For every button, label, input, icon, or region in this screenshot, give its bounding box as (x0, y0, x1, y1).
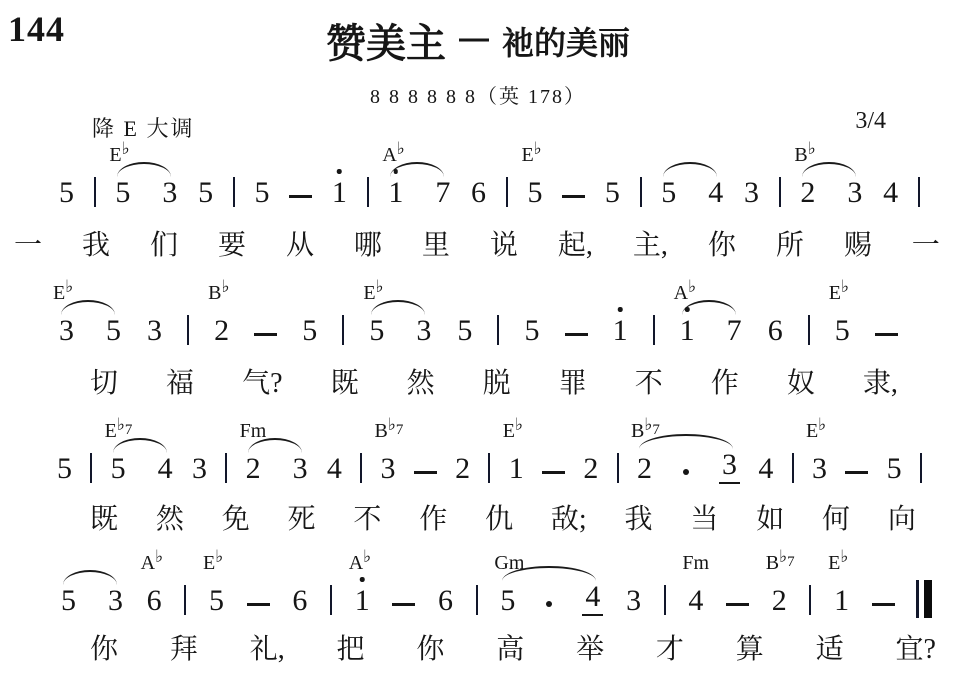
lyric-char: 从 (286, 228, 314, 263)
octave-dot (618, 307, 623, 312)
lyric-char: 何 (822, 502, 850, 537)
note: 3 (743, 178, 760, 208)
barline (779, 177, 781, 207)
lyric-char: 脱 (483, 366, 511, 401)
lyric-char: 所 (776, 228, 804, 263)
verse-number: 一 (14, 228, 42, 263)
chord-label: A♭ (349, 553, 371, 573)
final-thick-bar (924, 580, 932, 618)
lyric-char: 奴 (787, 366, 815, 401)
lyric-char: 罪 (559, 366, 587, 401)
chord-label: B♭ (794, 145, 815, 165)
barline (94, 177, 96, 207)
duration-dash (565, 333, 588, 336)
note: 1E♭ (833, 586, 850, 616)
lyric-char: 气? (242, 366, 282, 401)
note: 3 (719, 450, 740, 484)
slur-group: 53 (60, 586, 124, 616)
note: 5E♭ (526, 178, 543, 208)
lyric-char: 适 (816, 632, 844, 667)
note: 5 (197, 178, 214, 208)
note: 5 (523, 316, 540, 346)
note: 5 (456, 316, 473, 346)
augmentation-dot (546, 601, 552, 607)
note: 5 (660, 178, 677, 208)
slur-group: 2B♭3 (799, 178, 863, 208)
lyric-char: 隶, (863, 366, 898, 401)
barline (233, 177, 235, 207)
final-barline (916, 580, 932, 618)
chord-label: E♭ (203, 553, 223, 573)
note: 5E♭ (114, 178, 131, 208)
duration-dash (562, 195, 585, 198)
note: 1 (612, 316, 629, 346)
chord-label: E♭ (53, 283, 73, 303)
note: 5 (254, 178, 271, 208)
note: 5 (58, 178, 75, 208)
chord-label: E♭ (521, 145, 541, 165)
barline (920, 453, 922, 483)
lyric-char: 你 (708, 228, 736, 263)
barline (184, 585, 186, 615)
music-line-1: 55E♭35511A♭765E♭55432B♭34 (58, 138, 920, 208)
title-dash: — (459, 22, 489, 56)
lyrics-line-4: 你拜礼,把你高举才算适宜? (90, 632, 936, 667)
duration-dash (254, 333, 277, 336)
lyric-char: 里 (422, 228, 450, 263)
barline (225, 453, 227, 483)
slur-group: 5E♭74 (110, 454, 174, 484)
duration-dash (289, 195, 312, 198)
slur-group: 2Fm3 (245, 454, 309, 484)
barline (653, 315, 655, 345)
note: 2Fm (245, 454, 262, 484)
lyric-char: 既 (90, 502, 118, 537)
slur-group: 5E♭3 (114, 178, 178, 208)
lyric-char: 作 (419, 502, 447, 537)
duration-dash (875, 333, 898, 336)
lyric-char: 死 (288, 502, 316, 537)
lyrics-line-3: 既然免死不作仇敌;我当如何向 (90, 502, 916, 537)
barline (664, 585, 666, 615)
chord-label: E♭ (829, 283, 849, 303)
lyric-char: 福 (166, 366, 194, 401)
duration-dash (845, 471, 868, 474)
note: 3 (846, 178, 863, 208)
barline (367, 177, 369, 207)
note: 5 (105, 316, 122, 346)
note: 3B♭7 (380, 454, 397, 484)
page-title: 赞美主 — 祂的美丽 (0, 12, 956, 69)
lyric-char: 高 (496, 632, 524, 667)
barline (476, 585, 478, 615)
lyric-char: 仇 (485, 502, 513, 537)
lyric-char: 我 (82, 228, 110, 263)
note: 1A♭ (387, 178, 404, 208)
lyric-char: 不 (353, 502, 381, 537)
lyrics-line-1: 一我们要从哪里说起,主,你所赐一 (14, 228, 940, 263)
hymn-page: 144 赞美主 — 祂的美丽 8 8 8 8 8 8（英 178） 降 E 大调… (0, 0, 956, 696)
note: 5Gm (499, 586, 516, 616)
note: 2B♭7 (636, 454, 653, 484)
barline (330, 585, 332, 615)
chord-label: Fm (682, 553, 709, 573)
chord-label: E♭ (828, 553, 848, 573)
lyric-char: 赐 (844, 228, 872, 263)
note: 5E♭ (208, 586, 225, 616)
lyric-char: 敌; (551, 502, 587, 537)
note: 3 (292, 454, 309, 484)
note: 3E♭ (58, 316, 75, 346)
note: 4 (157, 454, 174, 484)
note: 2 (454, 454, 471, 484)
lyric-char: 然 (156, 502, 184, 537)
lyric-char: 既 (331, 366, 359, 401)
note: 6A♭ (146, 586, 163, 616)
note: 2B♭ (799, 178, 816, 208)
duration-dash (392, 603, 415, 606)
note: 5E♭7 (110, 454, 127, 484)
lyric-char: 宜? (895, 632, 935, 667)
note: 2B♭ (213, 316, 230, 346)
lyric-char: 然 (407, 366, 435, 401)
lyric-char: 如 (756, 502, 784, 537)
lyric-char: 把 (337, 632, 365, 667)
title-subtitle: 祂的美丽 (502, 18, 630, 64)
slur-group: 1A♭7 (387, 178, 451, 208)
augmentation-dot (683, 469, 689, 475)
barline (342, 315, 344, 345)
lyric-char: 举 (576, 632, 604, 667)
music-line-4: 536A♭5E♭61A♭65Gm434Fm2B♭71E♭ (60, 546, 932, 616)
note: 6 (470, 178, 487, 208)
chord-label: Fm (240, 421, 267, 441)
slur-group: 3E♭5 (58, 316, 122, 346)
barline (360, 453, 362, 483)
note: 1A♭ (679, 316, 696, 346)
note: 3 (191, 454, 208, 484)
chord-label: B♭7 (766, 553, 795, 573)
lyric-char: 你 (90, 632, 118, 667)
note: 4 (707, 178, 724, 208)
slur-group: 5E♭3 (368, 316, 432, 346)
barline (918, 177, 920, 207)
lyric-char: 不 (635, 366, 663, 401)
slur-group: 5Gm4 (499, 582, 603, 616)
note: 5 (60, 586, 77, 616)
note: 6 (767, 316, 784, 346)
note: 3 (625, 586, 642, 616)
lyric-char: 作 (711, 366, 739, 401)
chord-label: B♭7 (375, 421, 404, 441)
barline (808, 315, 810, 345)
lyric-char: 切 (90, 366, 118, 401)
barline (497, 315, 499, 345)
duration-dash (872, 603, 895, 606)
octave-dot (337, 169, 342, 174)
note: 6 (291, 586, 308, 616)
title-main: 赞美主 (326, 12, 446, 69)
note: 5 (301, 316, 318, 346)
music-line-2: 3E♭532B♭55E♭35511A♭765E♭ (58, 276, 898, 346)
note: 3 (161, 178, 178, 208)
lyric-char: 拜 (170, 632, 198, 667)
chord-label: E♭ (109, 145, 129, 165)
slur-group: 1A♭7 (679, 316, 743, 346)
note: 5 (604, 178, 621, 208)
lyric-char: 一 (912, 228, 940, 263)
duration-dash (726, 603, 749, 606)
duration-dash (414, 471, 437, 474)
chord-label: E♭ (503, 421, 523, 441)
lyric-char: 起, (558, 228, 593, 263)
chord-label: E♭ (363, 283, 383, 303)
note: 2B♭7 (771, 586, 788, 616)
note: 6 (437, 586, 454, 616)
note: 1A♭ (354, 586, 371, 616)
barline (187, 315, 189, 345)
octave-dot (360, 577, 365, 582)
time-signature: 3/4 (855, 108, 886, 135)
note: 3 (415, 316, 432, 346)
lyric-char: 主, (633, 228, 668, 263)
slur-group: 54 (660, 178, 724, 208)
chord-label: E♭7 (105, 421, 133, 441)
lyrics-line-2: 切福气?既然脱罪不作奴隶, (90, 366, 898, 401)
note: 7 (434, 178, 451, 208)
lyric-char: 当 (690, 502, 718, 537)
note: 5 (56, 454, 73, 484)
barline (792, 453, 794, 483)
note: 4 (757, 454, 774, 484)
note: 4Fm (687, 586, 704, 616)
lyric-char: 们 (150, 228, 178, 263)
note: 1 (331, 178, 348, 208)
duration-dash (542, 471, 565, 474)
slur-group: 2B♭73 (636, 450, 740, 484)
barline (640, 177, 642, 207)
octave-dot (685, 307, 690, 312)
chord-label: A♭ (382, 145, 404, 165)
note: 4 (582, 582, 603, 616)
lyric-char: 我 (625, 502, 653, 537)
chord-label: A♭ (141, 553, 163, 573)
lyric-char: 哪 (354, 228, 382, 263)
duration-dash (247, 603, 270, 606)
barline (617, 453, 619, 483)
note: 4 (882, 178, 899, 208)
note: 4 (326, 454, 343, 484)
chord-label: E♭ (806, 421, 826, 441)
barline (90, 453, 92, 483)
lyric-char: 说 (490, 228, 518, 263)
lyric-char: 向 (888, 502, 916, 537)
lyric-char: 礼, (250, 632, 285, 667)
octave-dot (394, 169, 399, 174)
note: 5 (886, 454, 903, 484)
barline (488, 453, 490, 483)
note: 3 (146, 316, 163, 346)
note: 7 (726, 316, 743, 346)
note: 5E♭ (368, 316, 385, 346)
barline (506, 177, 508, 207)
lyric-char: 要 (218, 228, 246, 263)
barline (809, 585, 811, 615)
chord-label: A♭ (674, 283, 696, 303)
music-line-3: 55E♭7432Fm343B♭721E♭22B♭7343E♭5 (56, 414, 922, 484)
chord-label: B♭ (208, 283, 229, 303)
lyric-char: 你 (416, 632, 444, 667)
note: 1E♭ (508, 454, 525, 484)
lyric-char: 算 (736, 632, 764, 667)
meter-line: 8 8 8 8 8 8（英 178） (0, 80, 956, 109)
note: 3 (107, 586, 124, 616)
lyric-char: 免 (222, 502, 250, 537)
chord-label: Gm (494, 553, 524, 573)
note: 5E♭ (834, 316, 851, 346)
chord-label: B♭7 (631, 421, 660, 441)
lyric-char: 才 (656, 632, 684, 667)
final-thin-bar (916, 580, 919, 618)
note: 3E♭ (811, 454, 828, 484)
note: 2 (582, 454, 599, 484)
